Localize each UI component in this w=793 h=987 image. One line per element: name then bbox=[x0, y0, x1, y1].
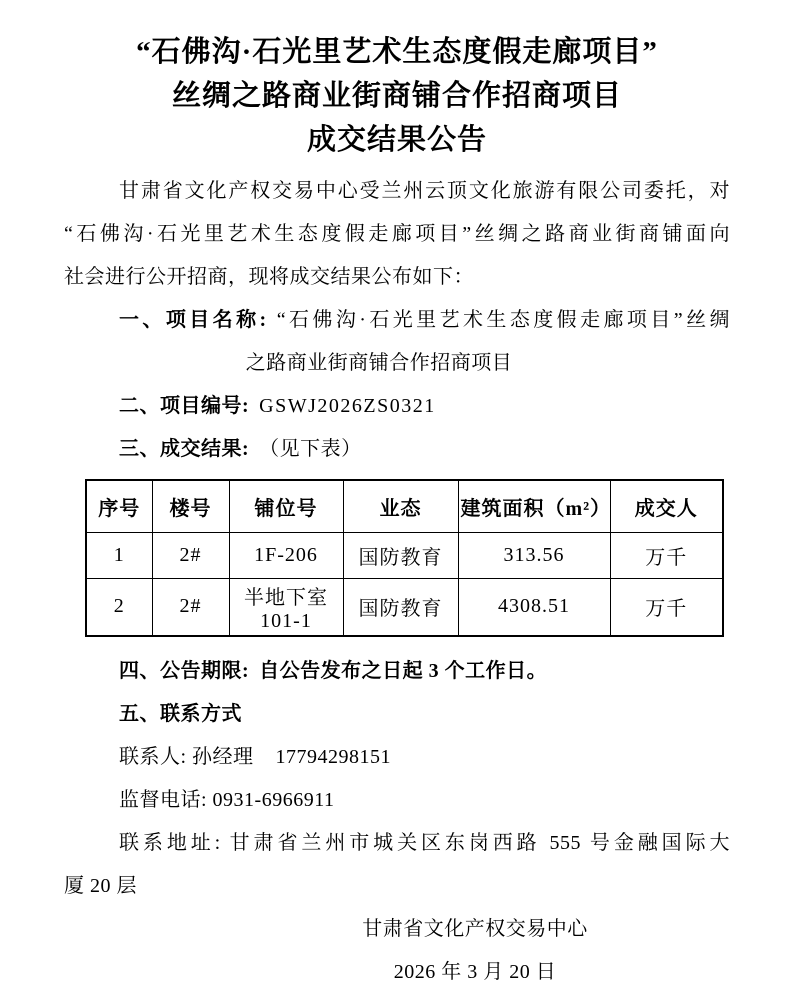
cell-building-area: 4308.51 bbox=[458, 578, 610, 636]
intro-line-3: 社会进行公开招商，现将成交结果公布如下： bbox=[64, 256, 730, 299]
title-line-1: “石佛沟·石光里艺术生态度假走廊项目” bbox=[64, 30, 730, 74]
intro-line-2: “石佛沟·石光里艺术生态度假走廊项目”丝绸之路商业街商铺面向 bbox=[64, 213, 730, 256]
header-winner: 成交人 bbox=[610, 480, 723, 532]
header-building-number: 楼号 bbox=[152, 480, 229, 532]
section-project-name-label: 一、项目名称: bbox=[119, 309, 267, 331]
section-deal-result-value: （见下表） bbox=[259, 438, 362, 460]
supervision-phone-line: 监督电话: 0931-6966911 bbox=[64, 779, 730, 822]
cell-building-area: 313.56 bbox=[458, 532, 610, 578]
section-project-name-value: “石佛沟·石光里艺术生态度假走廊项目”丝绸 bbox=[277, 309, 730, 331]
contact-address-line-2: 厦 20 层 bbox=[64, 865, 730, 908]
cell-business-type: 国防教育 bbox=[343, 578, 458, 636]
cell-winner: 万千 bbox=[610, 532, 723, 578]
section-notice-period: 四、公告期限:自公告发布之日起 3 个工作日。 bbox=[64, 650, 730, 693]
signature-date: 2026 年 3 月 20 日 bbox=[142, 951, 793, 987]
section-project-name: 一、项目名称:“石佛沟·石光里艺术生态度假走廊项目”丝绸 bbox=[64, 299, 730, 342]
header-building-area: 建筑面积（m²） bbox=[458, 480, 610, 532]
signature-block: 甘肃省文化产权交易中心 2026 年 3 月 20 日 bbox=[142, 908, 793, 987]
cell-shop-number: 半地下室 101-1 bbox=[229, 578, 343, 636]
contact-person-line: 联系人: 孙经理 17794298151 bbox=[64, 736, 730, 779]
section-deal-result: 三、成交结果:（见下表） bbox=[64, 428, 730, 471]
table-row: 1 2# 1F-206 国防教育 313.56 万千 bbox=[86, 532, 723, 578]
title-line-2: 丝绸之路商业街商铺合作招商项目 bbox=[64, 74, 730, 118]
table-header-row: 序号 楼号 铺位号 业态 建筑面积（m²） 成交人 bbox=[86, 480, 723, 532]
section-deal-result-label: 三、成交结果: bbox=[119, 438, 249, 460]
section-project-code-value: GSWJ2026ZS0321 bbox=[259, 395, 436, 417]
header-shop-number: 铺位号 bbox=[229, 480, 343, 532]
section-notice-period-value: 自公告发布之日起 3 个工作日。 bbox=[259, 660, 547, 682]
header-business-type: 业态 bbox=[343, 480, 458, 532]
cell-serial-number: 1 bbox=[86, 532, 152, 578]
result-table: 序号 楼号 铺位号 业态 建筑面积（m²） 成交人 1 2# 1F-206 国防… bbox=[85, 479, 724, 637]
section-project-name-value-continued: 之路商业街商铺合作招商项目 bbox=[46, 342, 712, 385]
title-line-3: 成交结果公告 bbox=[64, 118, 730, 162]
signature-organization: 甘肃省文化产权交易中心 bbox=[142, 908, 793, 951]
intro-line-1: 甘肃省文化产权交易中心受兰州云顶文化旅游有限公司委托，对 bbox=[64, 170, 730, 213]
cell-building-number: 2# bbox=[152, 578, 229, 636]
section-project-code-label: 二、项目编号: bbox=[119, 395, 249, 417]
section-contact-heading-label: 五、联系方式 bbox=[119, 703, 242, 725]
section-contact-heading: 五、联系方式 bbox=[64, 693, 730, 736]
header-serial-number: 序号 bbox=[86, 480, 152, 532]
cell-winner: 万千 bbox=[610, 578, 723, 636]
section-project-code: 二、项目编号:GSWJ2026ZS0321 bbox=[64, 385, 730, 428]
table-row: 2 2# 半地下室 101-1 国防教育 4308.51 万千 bbox=[86, 578, 723, 636]
announcement-document: “石佛沟·石光里艺术生态度假走廊项目” 丝绸之路商业街商铺合作招商项目 成交结果… bbox=[0, 0, 793, 987]
document-title: “石佛沟·石光里艺术生态度假走廊项目” 丝绸之路商业街商铺合作招商项目 成交结果… bbox=[64, 30, 730, 162]
contact-address-line-1: 联系地址: 甘肃省兰州市城关区东岗西路 555 号金融国际大 bbox=[64, 822, 730, 865]
cell-serial-number: 2 bbox=[86, 578, 152, 636]
cell-shop-number: 1F-206 bbox=[229, 532, 343, 578]
cell-building-number: 2# bbox=[152, 532, 229, 578]
section-notice-period-label: 四、公告期限: bbox=[119, 660, 249, 682]
cell-business-type: 国防教育 bbox=[343, 532, 458, 578]
